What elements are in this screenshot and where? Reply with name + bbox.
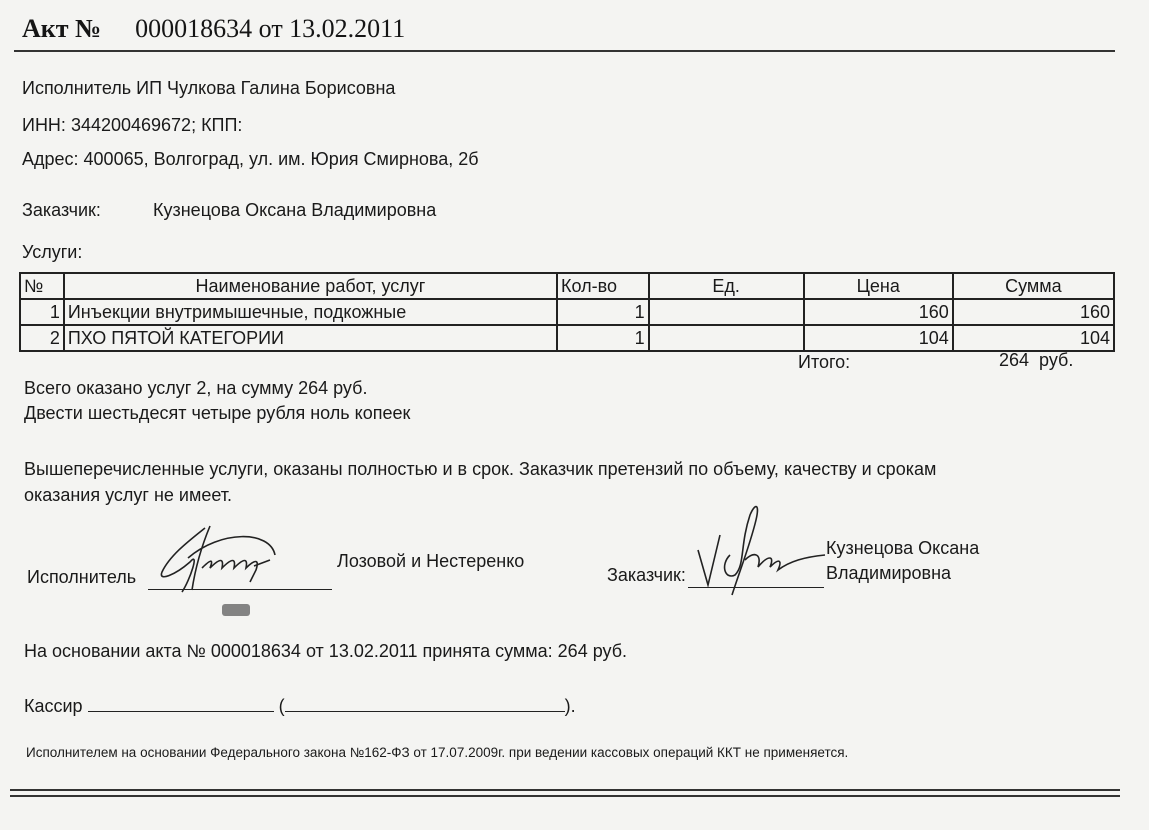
total-label: Итого: [798, 352, 850, 373]
paren-close: ). [565, 696, 576, 716]
table-row: 1 Инъекции внутримышечные, подкожные 1 1… [20, 299, 1114, 325]
customer-signer-name-2: Владимировна [826, 563, 951, 584]
cashier-label: Кассир [24, 696, 83, 716]
total-value: 264 руб. [999, 350, 1073, 371]
header-price: Цена [804, 273, 953, 299]
stamp-smudge [222, 604, 250, 616]
inn-line: ИНН: 344200469672; КПП: [22, 115, 242, 136]
row-qty: 1 [557, 325, 649, 351]
executor-line: Исполнитель ИП Чулкова Галина Борисовна [22, 78, 395, 99]
row-no: 2 [20, 325, 64, 351]
row-name: Инъекции внутримышечные, подкожные [64, 299, 557, 325]
summary-count-line: Всего оказано услуг 2, на сумму 264 руб. [24, 378, 367, 399]
executor-signature-icon [150, 520, 330, 600]
payment-accepted-line: На основании акта № 000018634 от 13.02.2… [24, 641, 627, 662]
customer-label: Заказчик: [22, 200, 101, 221]
customer-signature-icon [690, 495, 830, 605]
act-label: Акт № [22, 14, 101, 43]
customer-signature-label: Заказчик: [607, 565, 686, 586]
header-no: № [20, 273, 64, 299]
services-label: Услуги: [22, 242, 82, 263]
row-unit [649, 325, 804, 351]
row-name: ПХО ПЯТОЙ КАТЕГОРИИ [64, 325, 557, 351]
cashier-name-blank [285, 693, 565, 712]
table-row: 2 ПХО ПЯТОЙ КАТЕГОРИИ 1 104 104 [20, 325, 1114, 351]
address-line: Адрес: 400065, Волгоград, ул. им. Юрия С… [22, 149, 479, 170]
row-unit [649, 299, 804, 325]
cashier-row: Кассир (). [24, 693, 576, 717]
header-qty: Кол-во [557, 273, 649, 299]
executor-signer-name: Лозовой и Нестеренко [337, 551, 524, 572]
row-price: 104 [804, 325, 953, 351]
header-sum: Сумма [953, 273, 1114, 299]
row-sum: 104 [953, 325, 1114, 351]
executor-signature-label: Исполнитель [27, 567, 136, 588]
row-sum: 160 [953, 299, 1114, 325]
statement-line-1: Вышеперечисленные услуги, оказаны полнос… [24, 459, 936, 480]
row-qty: 1 [557, 299, 649, 325]
cashier-signature-blank [88, 693, 274, 712]
services-table: № Наименование работ, услуг Кол-во Ед. Ц… [19, 272, 1115, 352]
act-number-date: 000018634 от 13.02.2011 [135, 14, 405, 43]
header-unit: Ед. [649, 273, 804, 299]
document-title: Акт №000018634 от 13.02.2011 [22, 14, 405, 44]
customer-signer-name-1: Кузнецова Оксана [826, 538, 979, 559]
bottom-divider-top [10, 789, 1120, 791]
row-no: 1 [20, 299, 64, 325]
row-price: 160 [804, 299, 953, 325]
statement-line-2: оказания услуг не имеет. [24, 485, 232, 506]
summary-words-line: Двести шестьдесят четыре рубля ноль копе… [24, 403, 410, 424]
customer-name: Кузнецова Оксана Владимировна [153, 200, 436, 221]
bottom-divider-bottom [10, 795, 1120, 797]
table-header-row: № Наименование работ, услуг Кол-во Ед. Ц… [20, 273, 1114, 299]
header-name: Наименование работ, услуг [64, 273, 557, 299]
title-divider [14, 50, 1115, 52]
footer-note: Исполнителем на основании Федерального з… [26, 745, 848, 760]
